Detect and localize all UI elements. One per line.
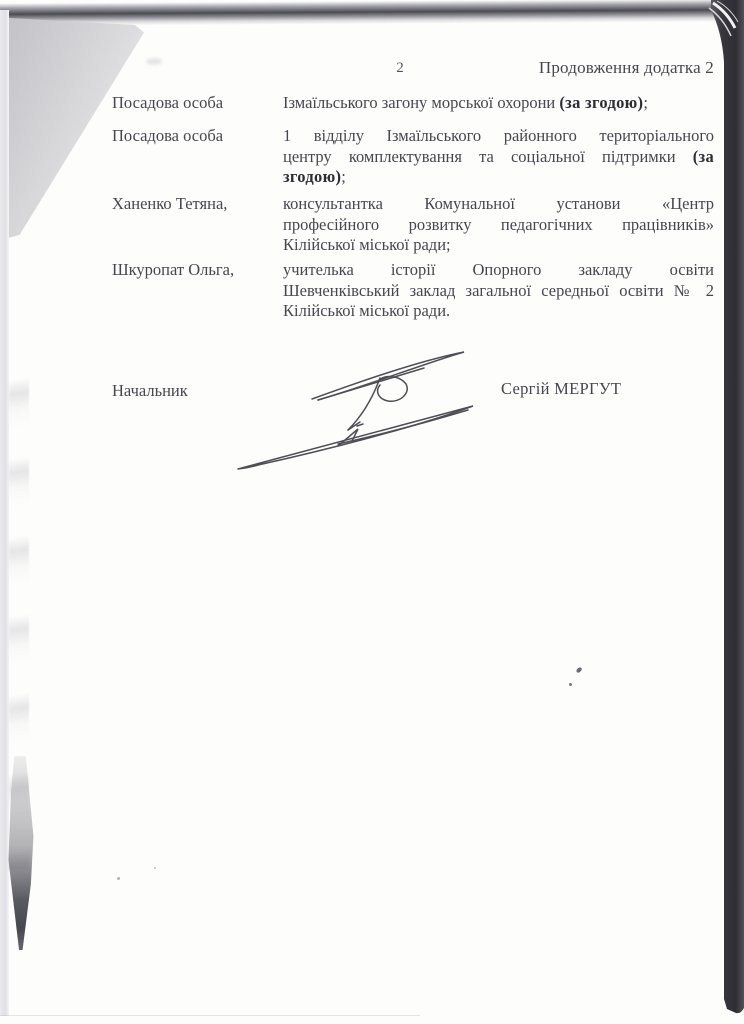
- signature-image: [226, 341, 482, 477]
- scan-edge-bottom: [0, 1015, 420, 1016]
- text-line: професійного розвитку педагогічних праці…: [283, 215, 714, 236]
- signature-name: Сергій МЕРГУТ: [501, 379, 621, 399]
- row-text: учителька історії Опорного закладу освіт…: [283, 260, 714, 322]
- line-text: Шевченківський заклад загальної середньо…: [283, 281, 714, 300]
- row-label: Шкуропат Ольга,: [112, 260, 277, 280]
- text-line: Ізмаїльського загону морської охорони (з…: [283, 93, 714, 114]
- scan-speck: [154, 867, 156, 869]
- row-label: Ханенко Тетяна,: [112, 194, 277, 214]
- line-text-after: ;: [341, 167, 346, 186]
- line-bold-text: згодою): [283, 167, 341, 186]
- line-text: Кілійської міської ради.: [283, 301, 450, 320]
- line-bold-text: (за: [693, 147, 714, 166]
- page-number: 2: [378, 60, 422, 77]
- text-line: 1 відділу Ізмаїльського районного терито…: [283, 126, 714, 147]
- text-line: Шевченківський заклад загальної середньо…: [283, 281, 714, 302]
- row-label: Посадова особа: [112, 93, 277, 113]
- text-line: консультантка Комунальної установи «Цент…: [283, 194, 714, 215]
- line-text: 1 відділу Ізмаїльського районного терито…: [283, 126, 714, 145]
- scan-dark-strip: [711, 0, 744, 1013]
- scan-speck: [569, 683, 572, 686]
- line-bold-text: (за згодою): [559, 93, 643, 112]
- line-text-after: ;: [643, 93, 648, 112]
- signature-title: Начальник: [112, 381, 188, 401]
- line-text: консультантка Комунальної установи «Цент…: [283, 194, 714, 213]
- text-line: Кілійської міської ради.: [283, 301, 714, 322]
- text-line: центру комплектування та соціальної підт…: [283, 147, 714, 168]
- text-line: Кілійської міської ради;: [283, 235, 714, 256]
- line-text: професійного розвитку педагогічних праці…: [283, 215, 714, 234]
- text-line: згодою);: [283, 167, 714, 188]
- line-text: центру комплектування та соціальної підт…: [283, 147, 693, 166]
- line-text: Ізмаїльського загону морської охорони: [283, 93, 559, 112]
- row-text: консультантка Комунальної установи «Цент…: [283, 194, 714, 256]
- scan-speck: [117, 877, 120, 880]
- scan-edge-left: [0, 10, 9, 1016]
- line-text: Кілійської міської ради;: [283, 235, 451, 254]
- row-text: 1 відділу Ізмаїльського районного терито…: [283, 126, 714, 188]
- row-text: Ізмаїльського загону морської охорони (з…: [283, 93, 714, 114]
- scan-edge-top: [0, 0, 744, 27]
- text-line: учителька історії Опорного закладу освіт…: [283, 260, 714, 281]
- row-label: Посадова особа: [112, 126, 277, 146]
- scan-speck: [146, 58, 162, 65]
- scan-speck: [576, 666, 583, 673]
- line-text: учителька історії Опорного закладу освіт…: [283, 260, 714, 279]
- scanned-document-page: 2 Продовження додатка 2 Посадова особа І…: [0, 0, 744, 1024]
- header-continuation: Продовження додатка 2: [430, 58, 714, 78]
